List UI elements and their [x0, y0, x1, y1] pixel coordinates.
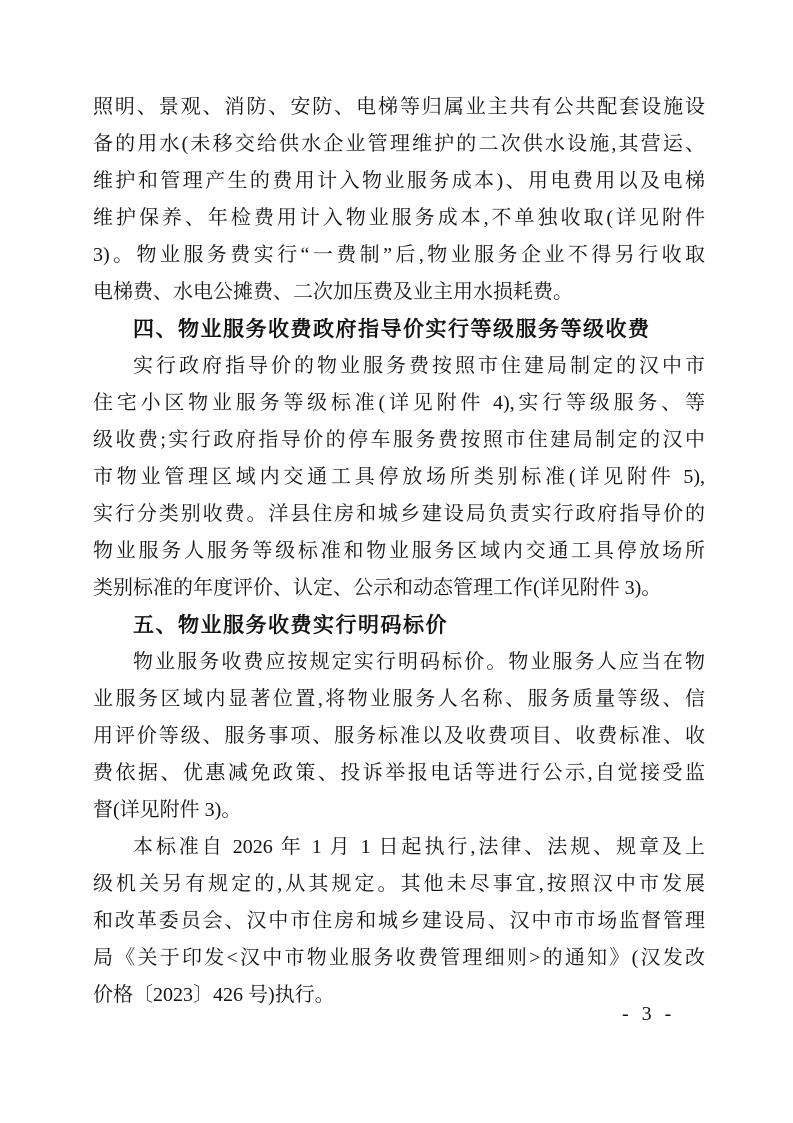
text-line: 备的用水(未移交给供水企业管理维护的二次供水设施,其营运、 — [93, 126, 705, 163]
section-heading: 五、物业服务收费实行明码标价 — [93, 607, 705, 644]
page-number: - 3 - — [622, 1003, 675, 1026]
document-body: 照明、景观、消防、安防、电梯等归属业主共有公共配套设施设备的用水(未移交给供水企… — [93, 89, 705, 1014]
section-heading: 四、物业服务收费政府指导价实行等级服务等级收费 — [93, 311, 705, 348]
text-line: 物业服务收费应按规定实行明码标价。物业服务人应当在物 — [93, 644, 705, 681]
text-line: 价格〔2023〕426 号)执行。 — [93, 977, 705, 1014]
text-line: 电梯费、水电公摊费、二次加压费及业主用水损耗费。 — [93, 274, 705, 311]
text-line: 实行政府指导价的物业服务费按照市住建局制定的汉中市 — [93, 348, 705, 385]
text-line: 和改革委员会、汉中市住房和城乡建设局、汉中市市场监督管理 — [93, 903, 705, 940]
text-line: 物业服务人服务等级标准和物业服务区域内交通工具停放场所 — [93, 533, 705, 570]
text-line: 类别标准的年度评价、认定、公示和动态管理工作(详见附件 3)。 — [93, 570, 705, 607]
text-line: 本标准自 2026 年 1 月 1 日起执行,法律、法规、规章及上 — [93, 829, 705, 866]
text-line: 3)。物业服务费实行“一费制”后,物业服务企业不得另行收取 — [93, 237, 705, 274]
text-line: 住宅小区物业服务等级标准(详见附件 4),实行等级服务、等 — [93, 385, 705, 422]
text-line: 局《关于印发<汉中市物业服务收费管理细则>的通知》(汉发改 — [93, 940, 705, 977]
document-page: 照明、景观、消防、安防、电梯等归属业主共有公共配套设施设备的用水(未移交给供水企… — [0, 0, 793, 1123]
text-line: 费依据、优惠减免政策、投诉举报电话等进行公示,自觉接受监 — [93, 755, 705, 792]
text-line: 级收费;实行政府指导价的停车服务费按照市住建局制定的汉中 — [93, 422, 705, 459]
text-line: 市物业管理区域内交通工具停放场所类别标准(详见附件 5), — [93, 459, 705, 496]
text-line: 业服务区域内显著位置,将物业服务人名称、服务质量等级、信 — [93, 681, 705, 718]
text-line: 督(详见附件 3)。 — [93, 792, 705, 829]
text-line: 维护保养、年检费用计入物业服务成本,不单独收取(详见附件 — [93, 200, 705, 237]
text-line: 维护和管理产生的费用计入物业服务成本)、用电费用以及电梯 — [93, 163, 705, 200]
text-line: 级机关另有规定的,从其规定。其他未尽事宜,按照汉中市发展 — [93, 866, 705, 903]
text-line: 照明、景观、消防、安防、电梯等归属业主共有公共配套设施设 — [93, 89, 705, 126]
text-line: 用评价等级、服务事项、服务标准以及收费项目、收费标准、收 — [93, 718, 705, 755]
text-line: 实行分类别收费。洋县住房和城乡建设局负责实行政府指导价的 — [93, 496, 705, 533]
